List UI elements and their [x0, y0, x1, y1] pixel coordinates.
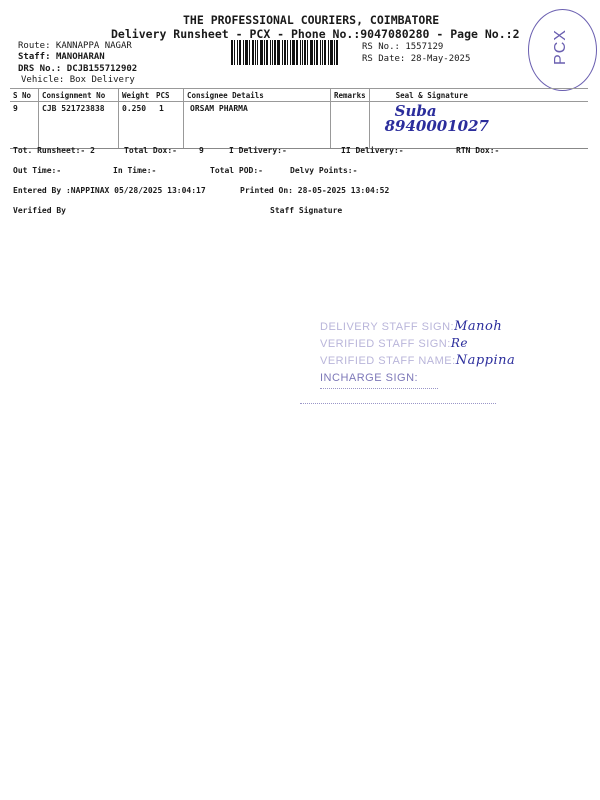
handwritten-phone: 8940001027 [373, 118, 585, 134]
verified-staff-name: VERIFIED STAFF NAME:Nappina [320, 353, 515, 368]
staff: Staff: MANOHARAN [18, 52, 105, 62]
rtn-dox: RTN Dox:- [456, 146, 499, 155]
total-dox-label: Total Dox:- [124, 146, 177, 155]
route: Route: KANNAPPA NAGAR [18, 41, 132, 51]
col-consignment-no: Consignment No [39, 89, 119, 102]
verified-staff-sign: VERIFIED STAFF SIGN:Re [320, 336, 468, 350]
runsheet-subtitle: Delivery Runsheet - PCX - Phone No.:9047… [111, 27, 520, 41]
total-pod: Total POD:- [210, 166, 263, 175]
drs-number: DRS No.: DCJB155712902 [18, 64, 137, 74]
col-weight: Weight [119, 89, 154, 102]
vehicle: Vehicle: Box Delivery [21, 75, 135, 85]
handwritten-name: Suba [373, 104, 585, 118]
printed-on: Printed On: 28-05-2025 13:04:52 [240, 186, 389, 195]
delivery-staff-sign: DELIVERY STAFF SIGN:Manoh [320, 319, 502, 334]
col-remarks: Remarks [331, 89, 370, 102]
incharge-sign-label: INCHARGE SIGN: [320, 372, 418, 384]
incharge-underline [320, 388, 438, 389]
staff-label: Staff: [18, 52, 56, 62]
delvy-points: Delvy Points:- [290, 166, 357, 175]
out-time: Out Time:- [13, 166, 61, 175]
cell-pcs: 1 [153, 102, 184, 149]
table-header-row: S No Consignment No Weight PCS Consignee… [10, 89, 588, 102]
verified-by: Verified By [13, 206, 66, 215]
delivery-staff-signature: Manoh [454, 319, 502, 334]
stamp-bottom-line [300, 403, 496, 404]
cell-signature: Suba 8940001027 [369, 102, 588, 149]
verified-staff-name-value: Nappina [456, 353, 516, 368]
cell-remarks [331, 102, 370, 149]
stamp-text: PCX [552, 29, 570, 65]
in-time: In Time:- [113, 166, 156, 175]
verified-staff-signature: Re [451, 336, 468, 350]
rs-date: RS Date: 28-May-2025 [362, 54, 470, 64]
cell-weight: 0.250 [119, 102, 154, 149]
staff-signature: Staff Signature [270, 206, 342, 215]
tot-runsheet: Tot. Runsheet:- 2 [13, 146, 95, 155]
staff-value: MANOHARAN [56, 52, 105, 62]
total-dox-value: 9 [199, 146, 204, 155]
barcode-icon [231, 40, 356, 65]
col-sno: S No [10, 89, 39, 102]
col-consignee: Consignee Details [184, 89, 331, 102]
drs-value: DCJB155712902 [67, 64, 137, 74]
col-pcs: PCS [153, 89, 184, 102]
cell-consignee: ORSAM PHARMA [184, 102, 331, 149]
verified-staff-sign-label: VERIFIED STAFF SIGN: [320, 338, 451, 350]
verified-staff-name-label: VERIFIED STAFF NAME: [320, 355, 456, 367]
i-delivery: I Delivery:- [229, 146, 287, 155]
cell-consignment-no: CJB 521723838 [39, 102, 119, 149]
cell-sno: 9 [10, 102, 39, 149]
drs-label: DRS No.: [18, 64, 67, 74]
delivery-staff-sign-label: DELIVERY STAFF SIGN: [320, 321, 454, 333]
col-seal-signature: Seal & Signature [369, 89, 588, 102]
rs-number: RS No.: 1557129 [362, 42, 443, 52]
incharge-sign: INCHARGE SIGN: [320, 372, 418, 384]
ii-delivery: II Delivery:- [341, 146, 404, 155]
entered-by: Entered By :NAPPINAX 05/28/2025 13:04:17 [13, 186, 206, 195]
table-row: 9 CJB 521723838 0.250 1 ORSAM PHARMA Sub… [10, 102, 588, 149]
runsheet-table: S No Consignment No Weight PCS Consignee… [10, 88, 588, 149]
company-title: THE PROFESSIONAL COURIERS, COIMBATORE [183, 13, 439, 27]
